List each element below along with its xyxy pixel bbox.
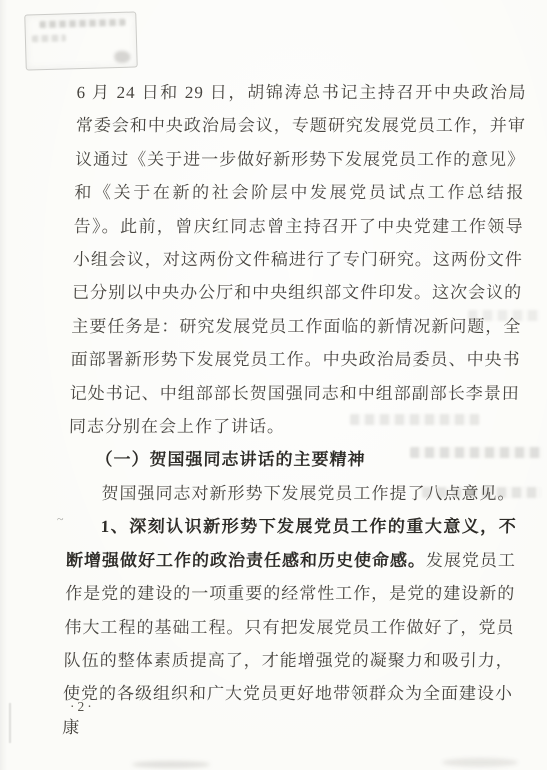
scan-edge-artifact <box>9 703 11 743</box>
faint-stamp-mark <box>24 11 138 70</box>
page-number: ·2· <box>70 699 95 715</box>
stamp-illegible-text-row <box>32 34 66 42</box>
paragraph-eight-opinions: 贺国强同志对新形势下发展党员工作提了八点意见。 <box>67 477 518 510</box>
document-body: 6 月 24 日和 29 日，胡锦涛总书记主持召开中央政治局常委会和中央政治局会… <box>62 76 527 744</box>
stamp-ink-blot <box>114 51 130 63</box>
bottom-smudge <box>132 761 210 768</box>
scanned-document-page: 6 月 24 日和 29 日，胡锦涛总书记主持召开中央政治局常委会和中央政治局会… <box>0 0 547 770</box>
paragraph-point-one-rest: 发展党员工作是党的建设的一项重要的经常性工作，是党的建设新的伟大工程的基础工程。… <box>62 551 516 737</box>
section-heading: （一）贺国强同志讲话的主要精神 <box>68 443 519 476</box>
bottom-smudge <box>442 758 518 767</box>
paragraph-meeting-overview: 6 月 24 日和 29 日，胡锦涛总书记主持召开中央政治局常委会和中央政治局会… <box>69 76 527 443</box>
stray-pencil-mark: ~ <box>57 517 70 522</box>
paragraph-point-one: 1、深刻认识新形势下发展党员工作的重大意义，不断增强做好工作的政治责任感和历史使… <box>62 510 517 744</box>
stamp-illegible-text-row <box>39 19 125 28</box>
